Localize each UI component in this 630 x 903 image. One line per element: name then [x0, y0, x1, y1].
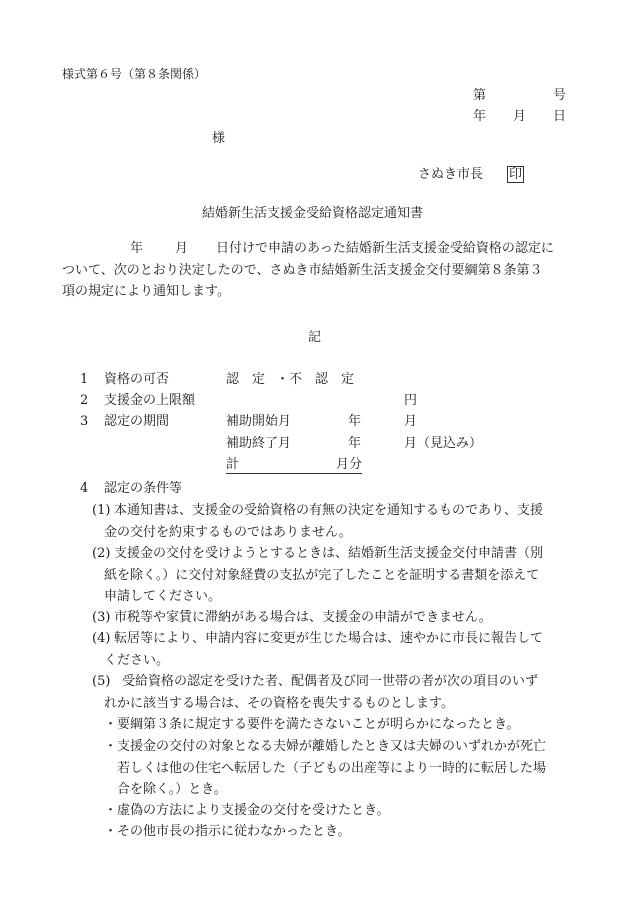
start-year-unit: 年: [348, 414, 361, 430]
condition-2: (2)支援金の交付を受けようとするときは、結婚新生活支援金交付申請書（別 紙を除…: [92, 543, 582, 608]
item-4-label: 認定の条件等: [104, 481, 182, 497]
item-4-num: 4: [80, 481, 88, 497]
item-1-approved: 認 定: [226, 372, 265, 388]
end-year-unit: 年: [348, 436, 361, 452]
end-month-label: 補助終了月: [226, 436, 291, 452]
item-1-num: 1: [80, 372, 88, 388]
date-month: 月: [513, 109, 526, 125]
item-3-label: 認定の期間: [104, 414, 169, 430]
item-2-label: 支援金の上限額: [104, 393, 195, 409]
intro-line-2: ついて、次のとおり決定したので、さぬき市結婚新生活支援金交付要綱第８条第３: [62, 260, 582, 282]
form-number: 様式第６号（第８条関係）: [62, 66, 206, 82]
addressee-suffix: 様: [212, 131, 225, 147]
condition-4: (4)転居等により、申請内容に変更が生じた場合は、速やかに市長に報告して くださ…: [92, 628, 582, 671]
item-2-num: 2: [80, 393, 88, 409]
seal-mark: 印: [507, 166, 524, 183]
loss-reason-4: ・その他市長の指示に従わなかったとき。: [104, 821, 584, 843]
end-month-unit: 月（見込み）: [404, 436, 482, 452]
item-3-num: 3: [80, 414, 88, 430]
start-month-unit: 月: [404, 414, 417, 430]
condition-5: (5)受給資格の認定を受けた者、配偶者及び同一世帯の者が次の項目のいず れかに該…: [92, 671, 582, 714]
intro-paragraph: 年月日付けで申請のあった結婚新生活支援金受給資格の認定に ついて、次のとおり決定…: [62, 238, 582, 303]
condition-3: (3)市税等や家賃に滞納がある場合は、支援金の申請ができません。: [92, 607, 582, 629]
condition-1: (1)本通知書は、支援金の受給資格の有無の決定を通知するものであり、支援 金の交…: [92, 500, 582, 543]
intro-month: 月: [175, 241, 188, 256]
item-1-rejected: ・不 認 定: [276, 372, 354, 388]
loss-reason-3: ・虚偽の方法により支援金の交付を受けたとき。: [104, 800, 584, 822]
total-label: 計: [226, 457, 239, 472]
start-month-label: 補助開始月: [226, 414, 291, 430]
intro-line-1: 年月日付けで申請のあった結婚新生活支援金受給資格の認定に: [62, 238, 582, 260]
intro-year: 年: [130, 241, 143, 256]
item-2-unit: 円: [404, 393, 417, 409]
total-unit: 月分: [336, 457, 362, 473]
doc-number-prefix: 第: [473, 88, 486, 104]
total-months: 計 月分: [226, 457, 362, 474]
doc-number-suffix: 号: [553, 88, 566, 104]
date-day: 日: [553, 109, 566, 125]
loss-reason-1: ・要綱第３条に規定する要件を満たさないことが明らかになったとき。: [104, 714, 584, 736]
ki-heading: 記: [308, 330, 321, 346]
issuer-name: さぬき市長: [418, 167, 483, 182]
item-1-label: 資格の可否: [104, 372, 169, 388]
loss-reason-2: ・支援金の交付の対象となる夫婦が離婚したとき又は夫婦のいずれかが死亡 若しくは他…: [104, 736, 584, 801]
issuer: さぬき市長印: [418, 166, 524, 183]
document-title: 結婚新生活支援金受給資格認定通知書: [202, 206, 423, 222]
date-year: 年: [473, 109, 486, 125]
intro-line-3: 項の規定により通知します。: [62, 281, 582, 303]
